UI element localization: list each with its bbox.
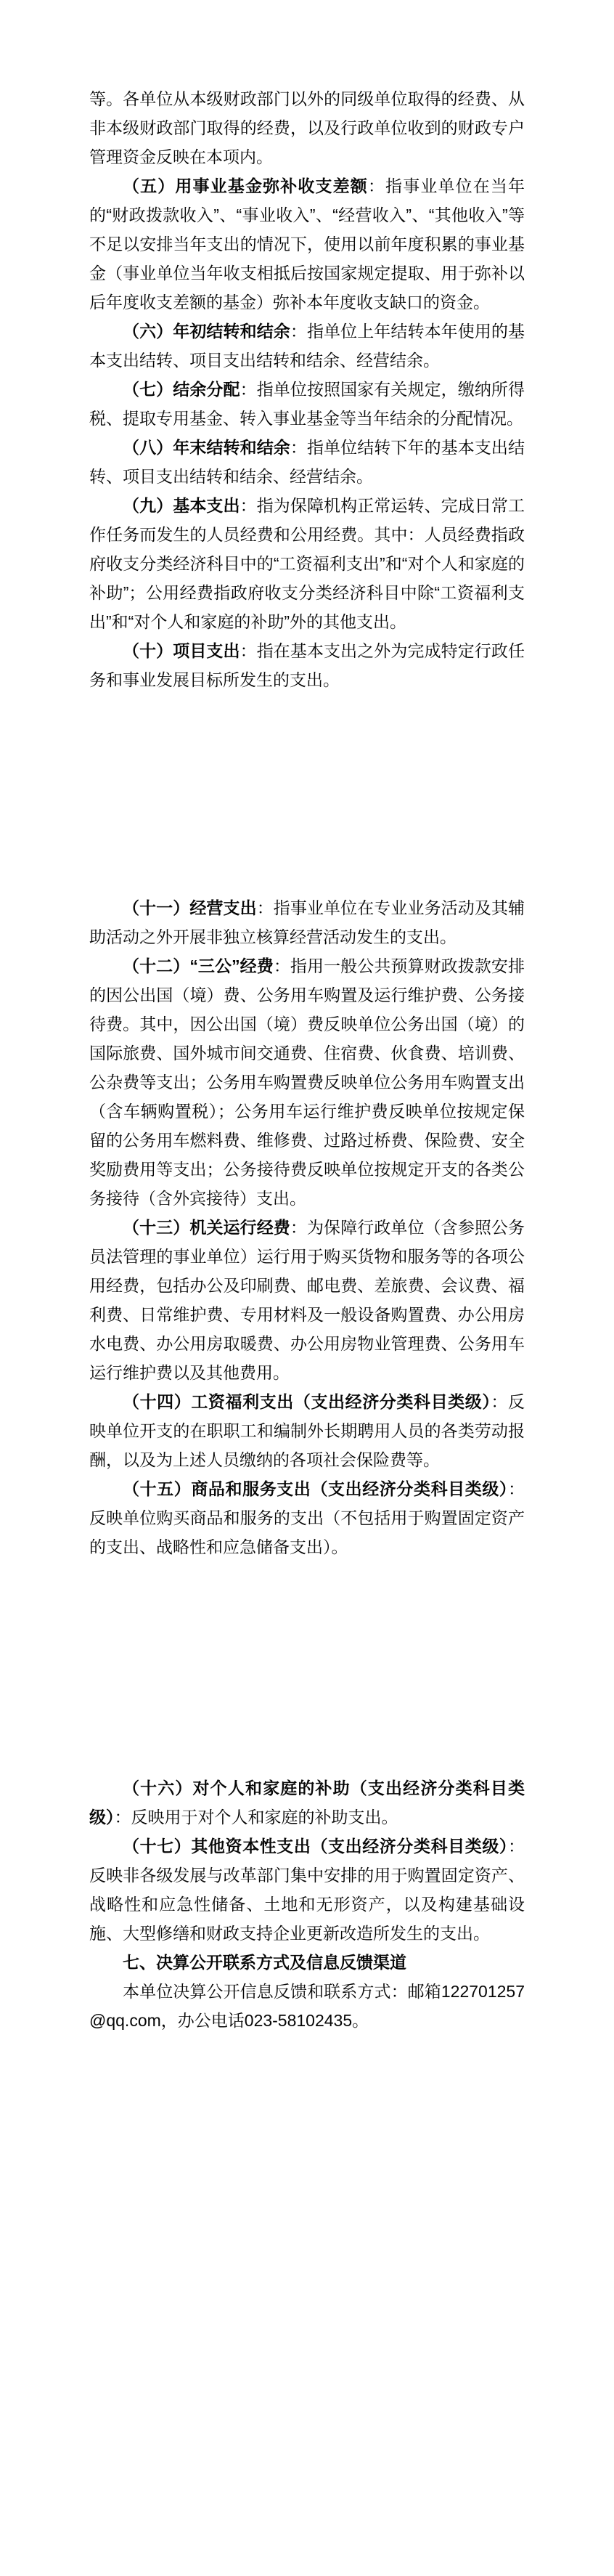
para-continuation: 等。各单位从本级财政部门以外的同级单位取得的经费、从非本级财政部门取得的经费，以… xyxy=(89,84,525,171)
section-7-term: （七）结余分配 xyxy=(123,380,240,399)
section-6: （六）年初结转和结余：指单位上年结转本年使用的基本支出结转、项目支出结转和结余、… xyxy=(89,317,525,375)
para-contact-info-text: 本单位决算公开信息反馈和联系方式：邮箱122701257@qq.com，办公电话… xyxy=(89,1982,525,2030)
document-page: 等。各单位从本级财政部门以外的同级单位取得的经费、从非本级财政部门取得的经费，以… xyxy=(89,0,525,2035)
section-17: （十七）其他资本性支出（支出经济分类科目类级）：反映非各级发展与改革部门集中安排… xyxy=(89,1832,525,1948)
section-12-term: （十二）“三公”经费 xyxy=(123,956,274,975)
section-9-term: （九）基本支出 xyxy=(123,496,240,515)
section-11-term: （十一）经营支出 xyxy=(123,898,257,917)
section-15-term: （十五）商品和服务支出（支出经济分类科目类级） xyxy=(123,1479,508,1498)
section-15: （十五）商品和服务支出（支出经济分类科目类级）：反映单位购买商品和服务的支出（不… xyxy=(89,1474,525,1561)
section-12: （十二）“三公”经费：指用一般公共预算财政拨款安排的因公出国（境）费、公务用车购… xyxy=(89,951,525,1213)
section-9: （九）基本支出：指为保障机构正常运转、完成日常工作任务而发生的人员经费和公用经费… xyxy=(89,491,525,636)
section-5: （五）用事业基金弥补收支差额：指事业单位在当年的“财政拨款收入”、“事业收入”、… xyxy=(89,171,525,317)
blank-gap-2 xyxy=(89,1561,525,1773)
heading-contact-channel-text: 七、决算公开联系方式及信息反馈渠道 xyxy=(123,1953,406,1972)
section-14: （十四）工资福利支出（支出经济分类科目类级）：反映单位开支的在职职工和编制外长期… xyxy=(89,1387,525,1474)
section-13: （十三）机关运行经费：为保障行政单位（含参照公务员法管理的事业单位）运行用于购买… xyxy=(89,1213,525,1387)
section-13-definition: ：为保障行政单位（含参照公务员法管理的事业单位）运行用于购买货物和服务等的各项公… xyxy=(89,1218,525,1382)
section-13-term: （十三）机关运行经费 xyxy=(123,1218,290,1237)
section-16: （十六）对个人和家庭的补助（支出经济分类科目类级）：反映用于对个人和家庭的补助支… xyxy=(89,1773,525,1832)
section-5-term: （五）用事业基金弥补收支差额 xyxy=(123,176,368,195)
section-9-definition: ：指为保障机构正常运转、完成日常工作任务而发生的人员经费和公用经费。其中：人员经… xyxy=(89,496,525,631)
section-10: （十）项目支出：指在基本支出之外为完成特定行政任务和事业发展目标所发生的支出。 xyxy=(89,636,525,694)
section-8: （八）年末结转和结余：指单位结转下年的基本支出结转、项目支出结转和结余、经营结余… xyxy=(89,433,525,491)
blank-gap-1 xyxy=(89,694,525,893)
section-7: （七）结余分配：指单位按照国家有关规定，缴纳所得税、提取专用基金、转入事业基金等… xyxy=(89,375,525,433)
section-10-term: （十）项目支出 xyxy=(123,641,240,660)
section-5-definition: ：指事业单位在当年的“财政拨款收入”、“事业收入”、“经营收入”、“其他收入”等… xyxy=(89,176,525,312)
section-17-term: （十七）其他资本性支出（支出经济分类科目类级） xyxy=(123,1837,508,1856)
section-11: （十一）经营支出：指事业单位在专业业务活动及其辅助活动之外开展非独立核算经营活动… xyxy=(89,893,525,951)
section-16-definition: ：反映用于对个人和家庭的补助支出。 xyxy=(115,1808,398,1827)
section-12-definition: ：指用一般公共预算财政拨款安排的因公出国（境）费、公务用车购置及运行维护费、公务… xyxy=(89,956,525,1208)
section-14-term: （十四）工资福利支出（支出经济分类科目类级） xyxy=(123,1392,491,1411)
section-8-term: （八）年末结转和结余 xyxy=(123,438,290,457)
section-6-term: （六）年初结转和结余 xyxy=(123,322,290,341)
heading-contact-channel: 七、决算公开联系方式及信息反馈渠道 xyxy=(89,1948,525,1977)
para-continuation-text: 等。各单位从本级财政部门以外的同级单位取得的经费、从非本级财政部门取得的经费，以… xyxy=(89,89,525,166)
para-contact-info: 本单位决算公开信息反馈和联系方式：邮箱122701257@qq.com，办公电话… xyxy=(89,1977,525,2035)
